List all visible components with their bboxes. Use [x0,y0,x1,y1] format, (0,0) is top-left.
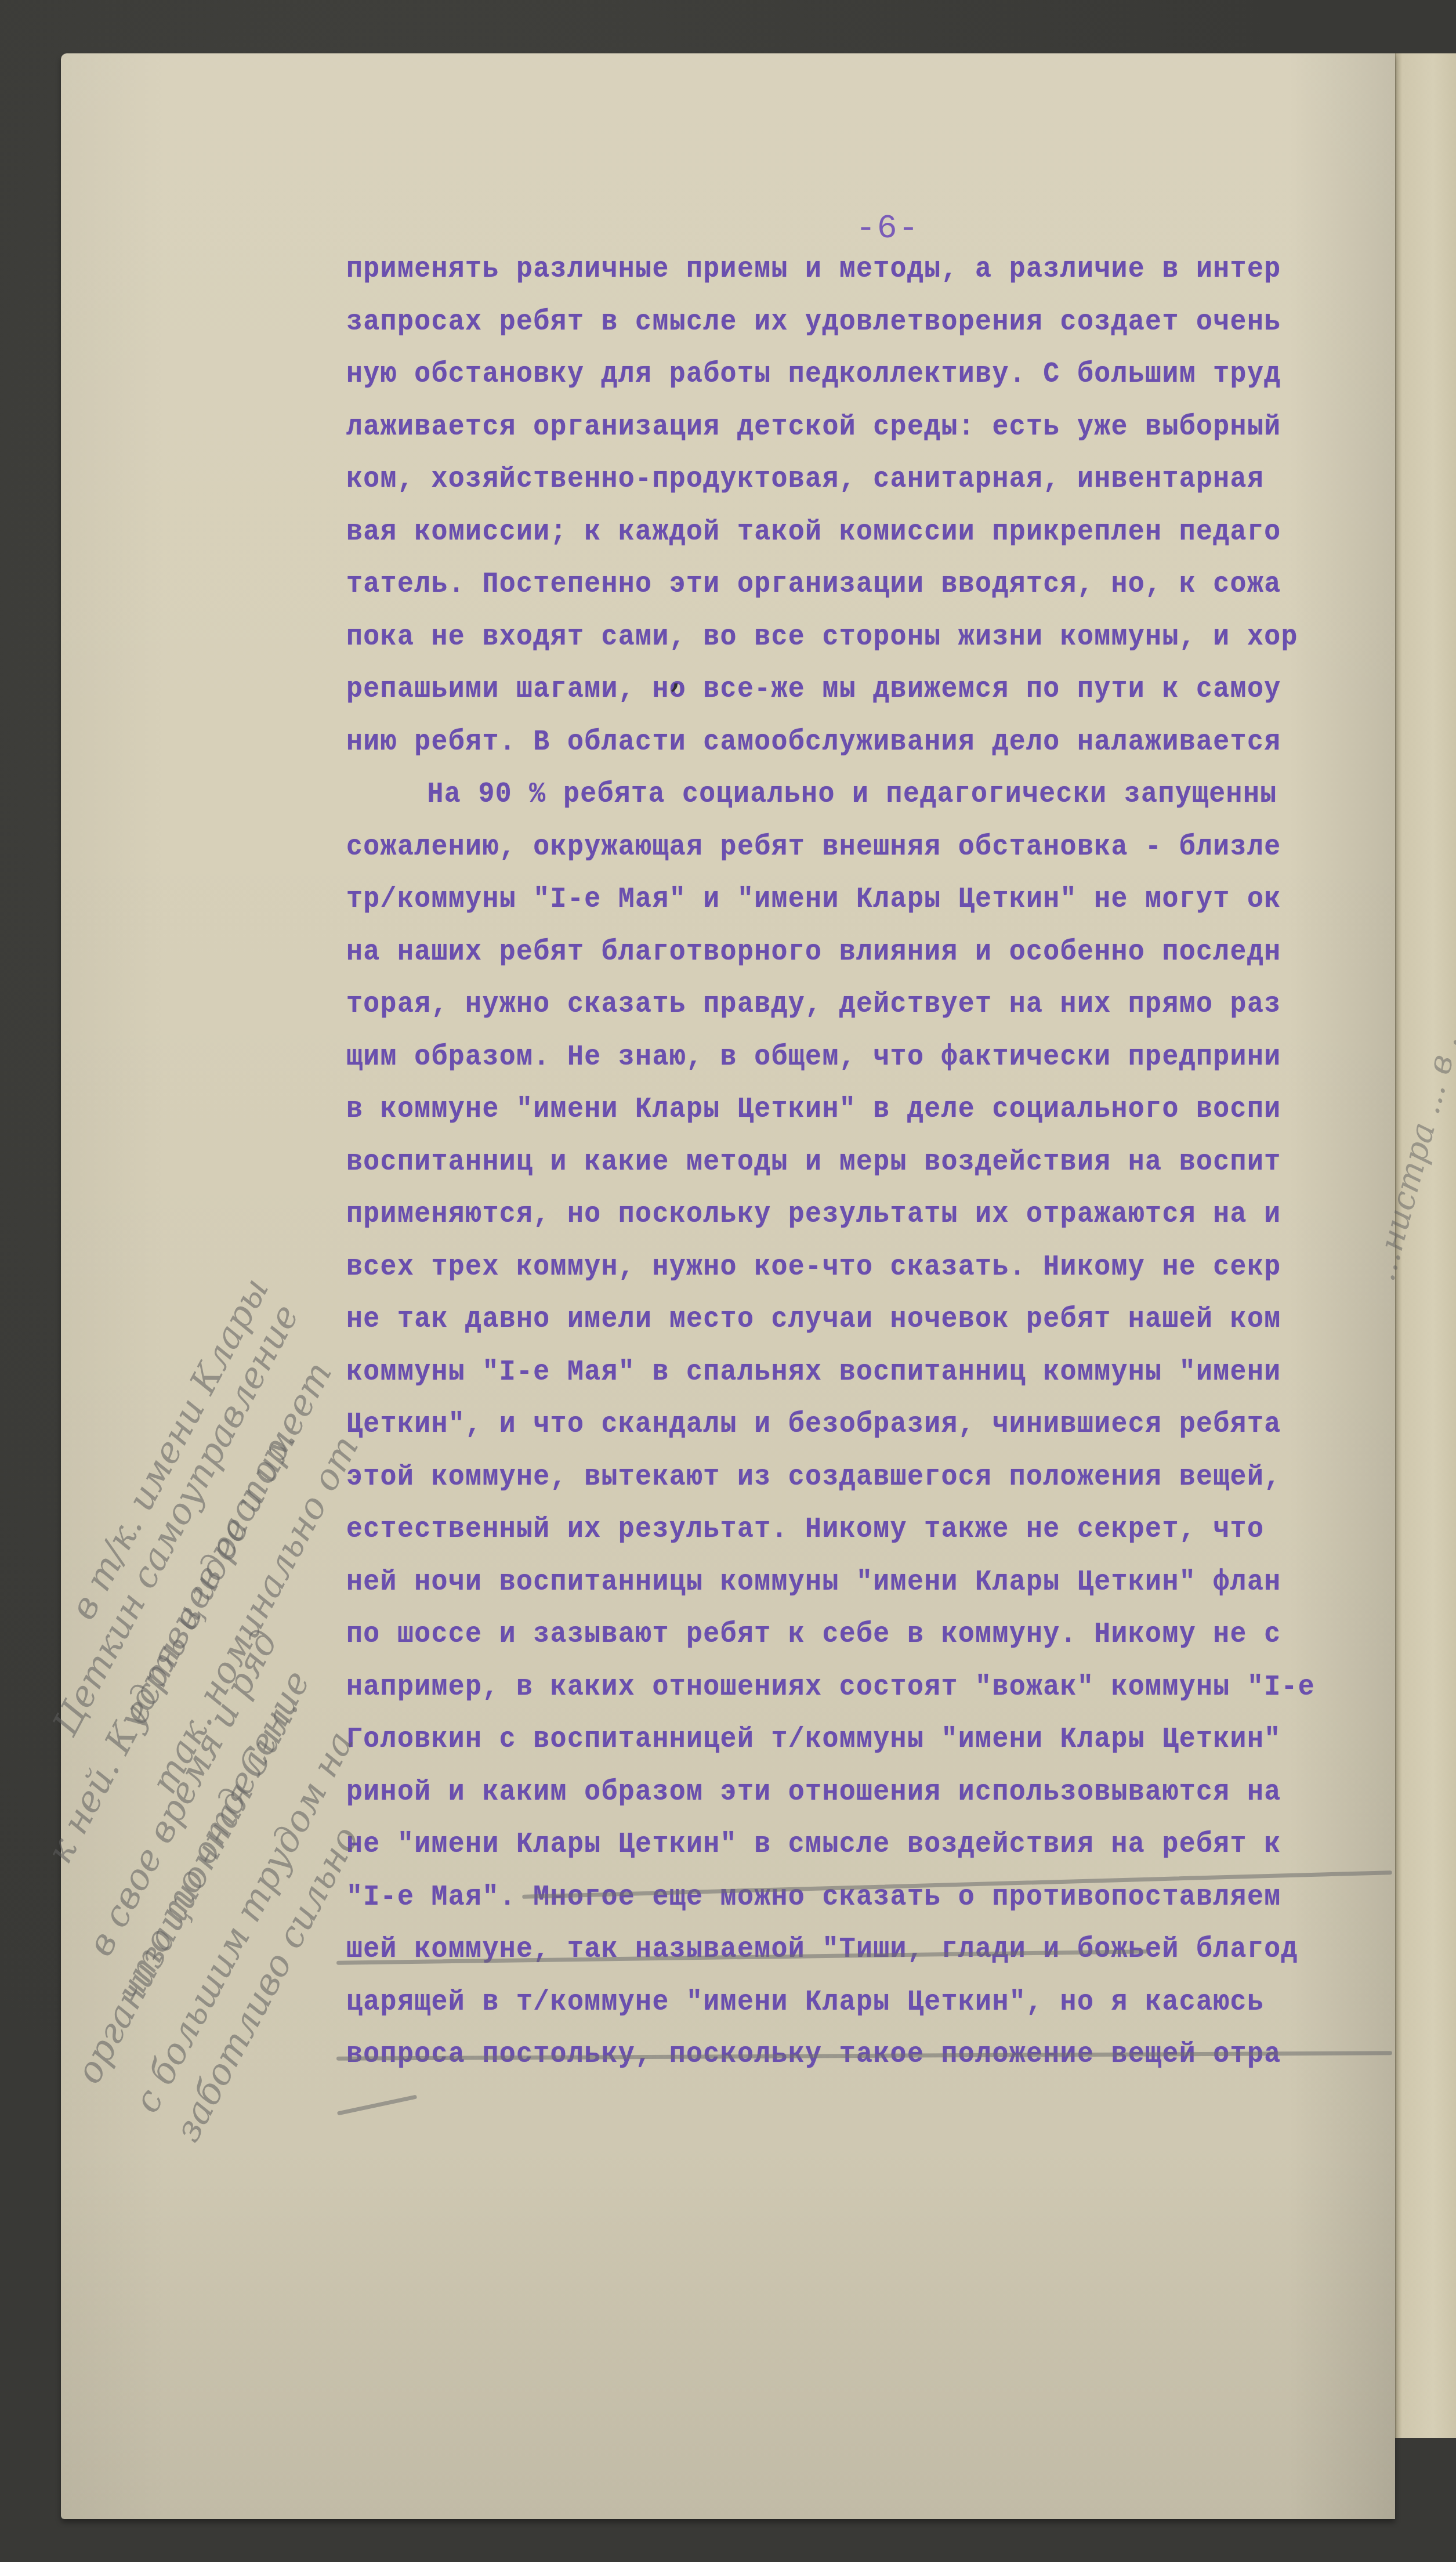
text-line: царящей в т/коммуне "имени Клары Цеткин"… [346,1977,1321,2029]
text-line: сожалению, окружающая ребят внешняя обст… [346,822,1321,874]
text-line: запросах ребят в смысле их удовлетворени… [346,296,1321,349]
text-line: в коммуне "имени Клары Цеткин" в деле со… [346,1084,1321,1137]
text-line: применяются, но поскольку результаты их … [346,1189,1321,1242]
text-line: репашьими шагами, но все-же мы движемся … [346,664,1321,717]
text-line: лаживается организация детской среды: ес… [346,401,1321,454]
text-line: щим образом. Не знаю, в общем, что факти… [346,1032,1321,1084]
text-line: естественный их результат. Никому также … [346,1504,1321,1557]
text-line: коммуны "I-е Мая" в спальнях воспитанниц… [346,1347,1321,1399]
text-line: торая, нужно сказать правду, действует н… [346,979,1321,1032]
text-line: например, в каких отношениях состоят "во… [346,1662,1321,1714]
text-line: этой коммуне, вытекают из создавшегося п… [346,1452,1321,1504]
text-line: татель. Постепенно эти организации вводя… [346,559,1321,611]
text-line: ней ночи воспитанницы коммуны "имени Кла… [346,1557,1321,1609]
typewritten-body: применять различные приемы и методы, а р… [346,244,1395,2082]
page-number: -6- [856,210,919,248]
handwritten-comma: , [670,656,681,696]
text-line: нию ребят. В области самообслуживания де… [346,717,1321,769]
text-line: не так давно имели место случаи ночевок … [346,1294,1321,1347]
text-line: воспитанниц и какие методы и меры воздей… [346,1137,1321,1189]
text-line: тр/коммуны "I-е Мая" и "имени Клары Цетк… [346,874,1321,927]
text-line: пока не входят сами, во все стороны жизн… [346,611,1321,664]
text-line: ную обстановку для работы педколлективу.… [346,349,1321,401]
text-line: На 90 % ребята социально и педагогически… [346,769,1321,822]
text-line: вая комиссии; к каждой такой комиссии пр… [346,506,1321,559]
text-line: не "имени Клары Цеткин" в смысле воздейс… [346,1819,1321,1872]
text-line: по шоссе и зазывают ребят к себе в комму… [346,1609,1321,1662]
text-line: всех трех коммун, нужно кое-что сказать.… [346,1242,1321,1294]
text-line: риной и каким образом эти отношения испо… [346,1767,1321,1819]
text-line: на наших ребят благотворного влияния и о… [346,927,1321,979]
text-line: Цеткин", и что скандалы и безобразия, чи… [346,1399,1321,1452]
text-line: применять различные приемы и методы, а р… [346,244,1321,296]
text-line: шей коммуне, так называемой "Тиши, глади… [346,1924,1321,1977]
text-line: Головкин с воспитанницей т/коммуны "имен… [346,1714,1321,1767]
text-line: ком, хозяйственно-продуктовая, санитарна… [346,454,1321,506]
